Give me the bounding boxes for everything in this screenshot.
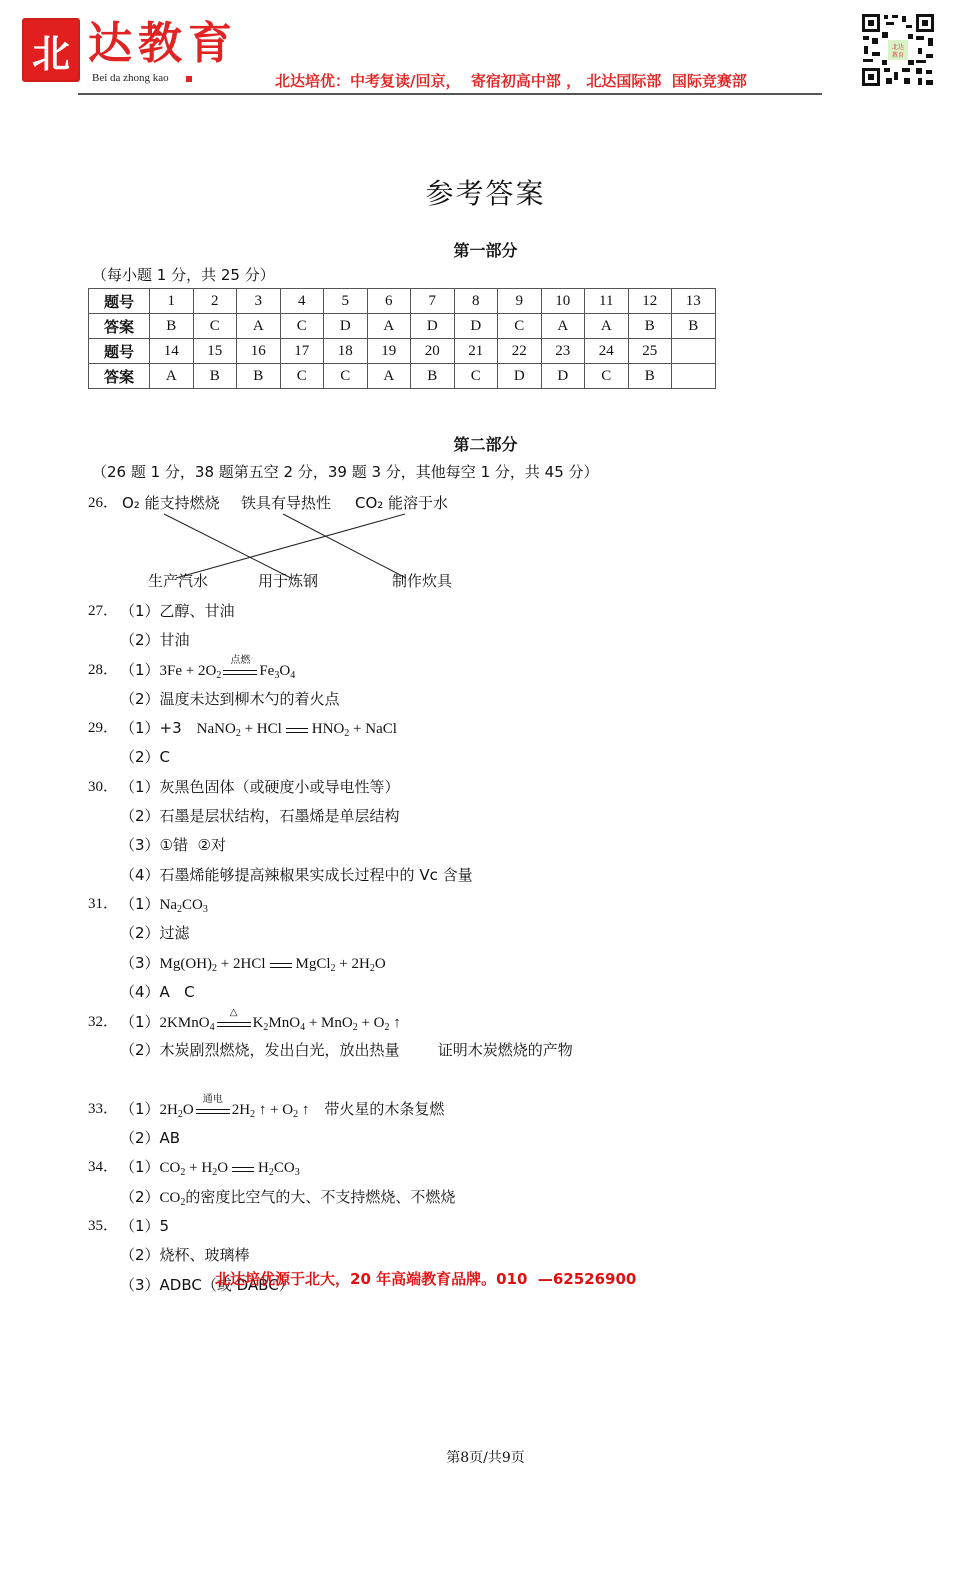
q35-answer-2: （2）烧杯、玻璃棒 <box>120 1245 250 1265</box>
q31-number: 31． <box>88 894 118 914</box>
q31-answer-1: （1）Na2CO3 <box>120 894 208 915</box>
q26-matching-lines <box>0 0 971 600</box>
q30-answer-1: （1）灰黑色固体（或硬度小或导电性等） <box>120 777 400 797</box>
q34-number: 34． <box>88 1157 118 1177</box>
q28-number: 28． <box>88 660 118 680</box>
q29-number: 29． <box>88 718 118 738</box>
q26-item-bottom-1: 生产汽水 <box>148 571 208 591</box>
q29-answer-1: （1）+3 NaNO2 + HClHNO2 + NaCl <box>120 718 397 739</box>
q33-answer-1: （1）2H2O通电2H2 ↑ + O2 ↑ 带火星的木条复燃 <box>120 1099 444 1120</box>
q31-answer-4: （4）A C <box>120 982 195 1002</box>
q30-answer-3: （3）①错 ②对 <box>120 835 226 855</box>
q27-answer-2: （2）甘油 <box>120 630 190 650</box>
q32-answer-1: （1）2KMnO4△K2MnO4 + MnO2 + O2 ↑ <box>120 1012 401 1033</box>
q28-answer-2: （2）温度未达到柳木勺的着火点 <box>120 689 340 709</box>
q30-answer-2: （2）石墨是层状结构，石墨烯是单层结构 <box>120 806 400 826</box>
q31-answer-2: （2）过滤 <box>120 923 190 943</box>
q27-number: 27． <box>88 601 118 621</box>
q32-number: 32． <box>88 1012 118 1032</box>
q33-answer-2: （2）AB <box>120 1128 180 1148</box>
q29-answer-2: （2）C <box>120 747 170 767</box>
promo-watermark: 北达培优源于北大，20 年高端教育品牌。010 —62526900 <box>215 1268 636 1289</box>
q35-answer-1: （1）5 <box>120 1216 169 1236</box>
q31-answer-3: （3）Mg(OH)2 + 2HClMgCl2 + 2H2O <box>120 953 386 974</box>
q35-number: 35． <box>88 1216 118 1236</box>
q30-answer-4: （4）石墨烯能够提高辣椒果实成长过程中的 Vc 含量 <box>120 865 473 885</box>
q28-answer-1: （1）3Fe + 2O2点燃Fe3O4 <box>120 660 295 681</box>
page-footer: 第8页/共9页 <box>0 1447 971 1467</box>
reaction-equals: 通电 <box>196 1104 230 1118</box>
q32-answer-2: （2）木炭剧烈燃烧，发出白光，放出热量 证明木炭燃烧的产物 <box>120 1040 573 1060</box>
q33-number: 33． <box>88 1099 118 1119</box>
q34-answer-2: （2）CO2的密度比空气的大、不支持燃烧、不燃烧 <box>120 1187 455 1208</box>
q26-item-bottom-3: 制作炊具 <box>392 571 452 591</box>
q27-answer-1: （1）乙醇、甘油 <box>120 601 235 621</box>
reaction-equals: 点燃 <box>223 665 257 679</box>
q26-item-bottom-2: 用于炼钢 <box>258 571 318 591</box>
q30-number: 30． <box>88 777 118 797</box>
reaction-equals: △ <box>217 1017 251 1031</box>
q34-answer-1: （1）CO2 + H2OH2CO3 <box>120 1157 300 1178</box>
